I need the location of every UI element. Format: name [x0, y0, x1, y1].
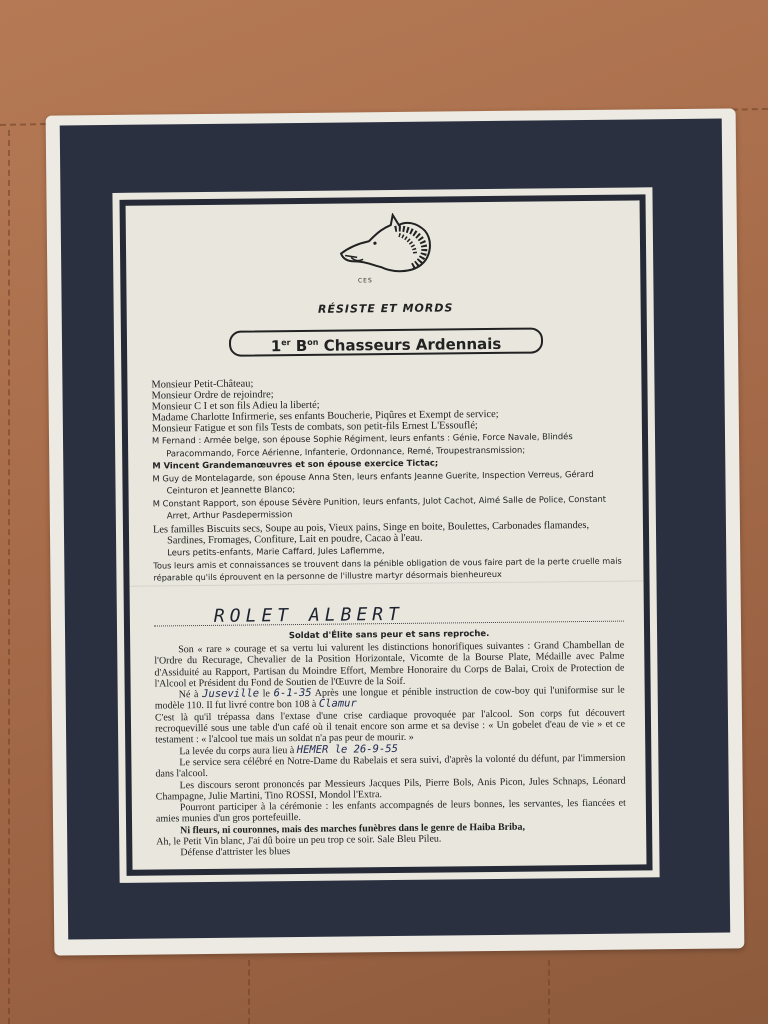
- engraver-signature: CES: [110, 275, 620, 287]
- unit-banner: 1er Bon Chasseurs Ardennais: [229, 327, 543, 356]
- motto: RÉSISTE ET MORDS: [151, 300, 621, 318]
- leather-seam: [8, 130, 10, 1024]
- leather-seam: [248, 960, 250, 1024]
- birth-place: Juseville: [202, 688, 259, 701]
- boar-head-icon: [335, 213, 436, 276]
- levee-place-date: HEMER le 26-9-55: [297, 743, 398, 756]
- mourner-line: M Constant Rapport, son épouse Sévère Pu…: [153, 492, 623, 522]
- deceased-name: ROLET ALBERT: [214, 604, 404, 627]
- birth-date: 6-1-35: [274, 687, 312, 699]
- inner-frame: CES RÉSISTE ET MORDS 1er Bon Chasseurs A…: [120, 194, 653, 875]
- notice-content: CES RÉSISTE ET MORDS 1er Bon Chasseurs A…: [150, 211, 627, 860]
- deceased-name-line: ROLET ALBERT: [154, 599, 624, 627]
- delivered-to: Clamur: [319, 698, 357, 710]
- mourning-border: CES RÉSISTE ET MORDS 1er Bon Chasseurs A…: [60, 119, 730, 940]
- distinctions: Son « rare » courage et sa vertu lui val…: [154, 640, 624, 690]
- announcement: Tous leurs amis et connaissances se trou…: [153, 556, 623, 584]
- unit-name: Chasseurs Ardennais: [324, 335, 502, 355]
- notice-panel: CES RÉSISTE ET MORDS 1er Bon Chasseurs A…: [112, 187, 659, 883]
- funeral-notice-sheet: CES RÉSISTE ET MORDS 1er Bon Chasseurs A…: [46, 108, 745, 955]
- leather-seam: [548, 960, 550, 1024]
- unit-prefix-1: 1: [271, 337, 282, 355]
- unit-prefix-2: B: [296, 337, 308, 355]
- mourners-list: Monsieur Petit-Château; Monsieur Ordre d…: [151, 375, 623, 584]
- death-paragraph: C'est là qu'il trépassa dans l'extase d'…: [155, 707, 625, 746]
- obituary-body: Son « rare » courage et sa vertu lui val…: [154, 640, 626, 860]
